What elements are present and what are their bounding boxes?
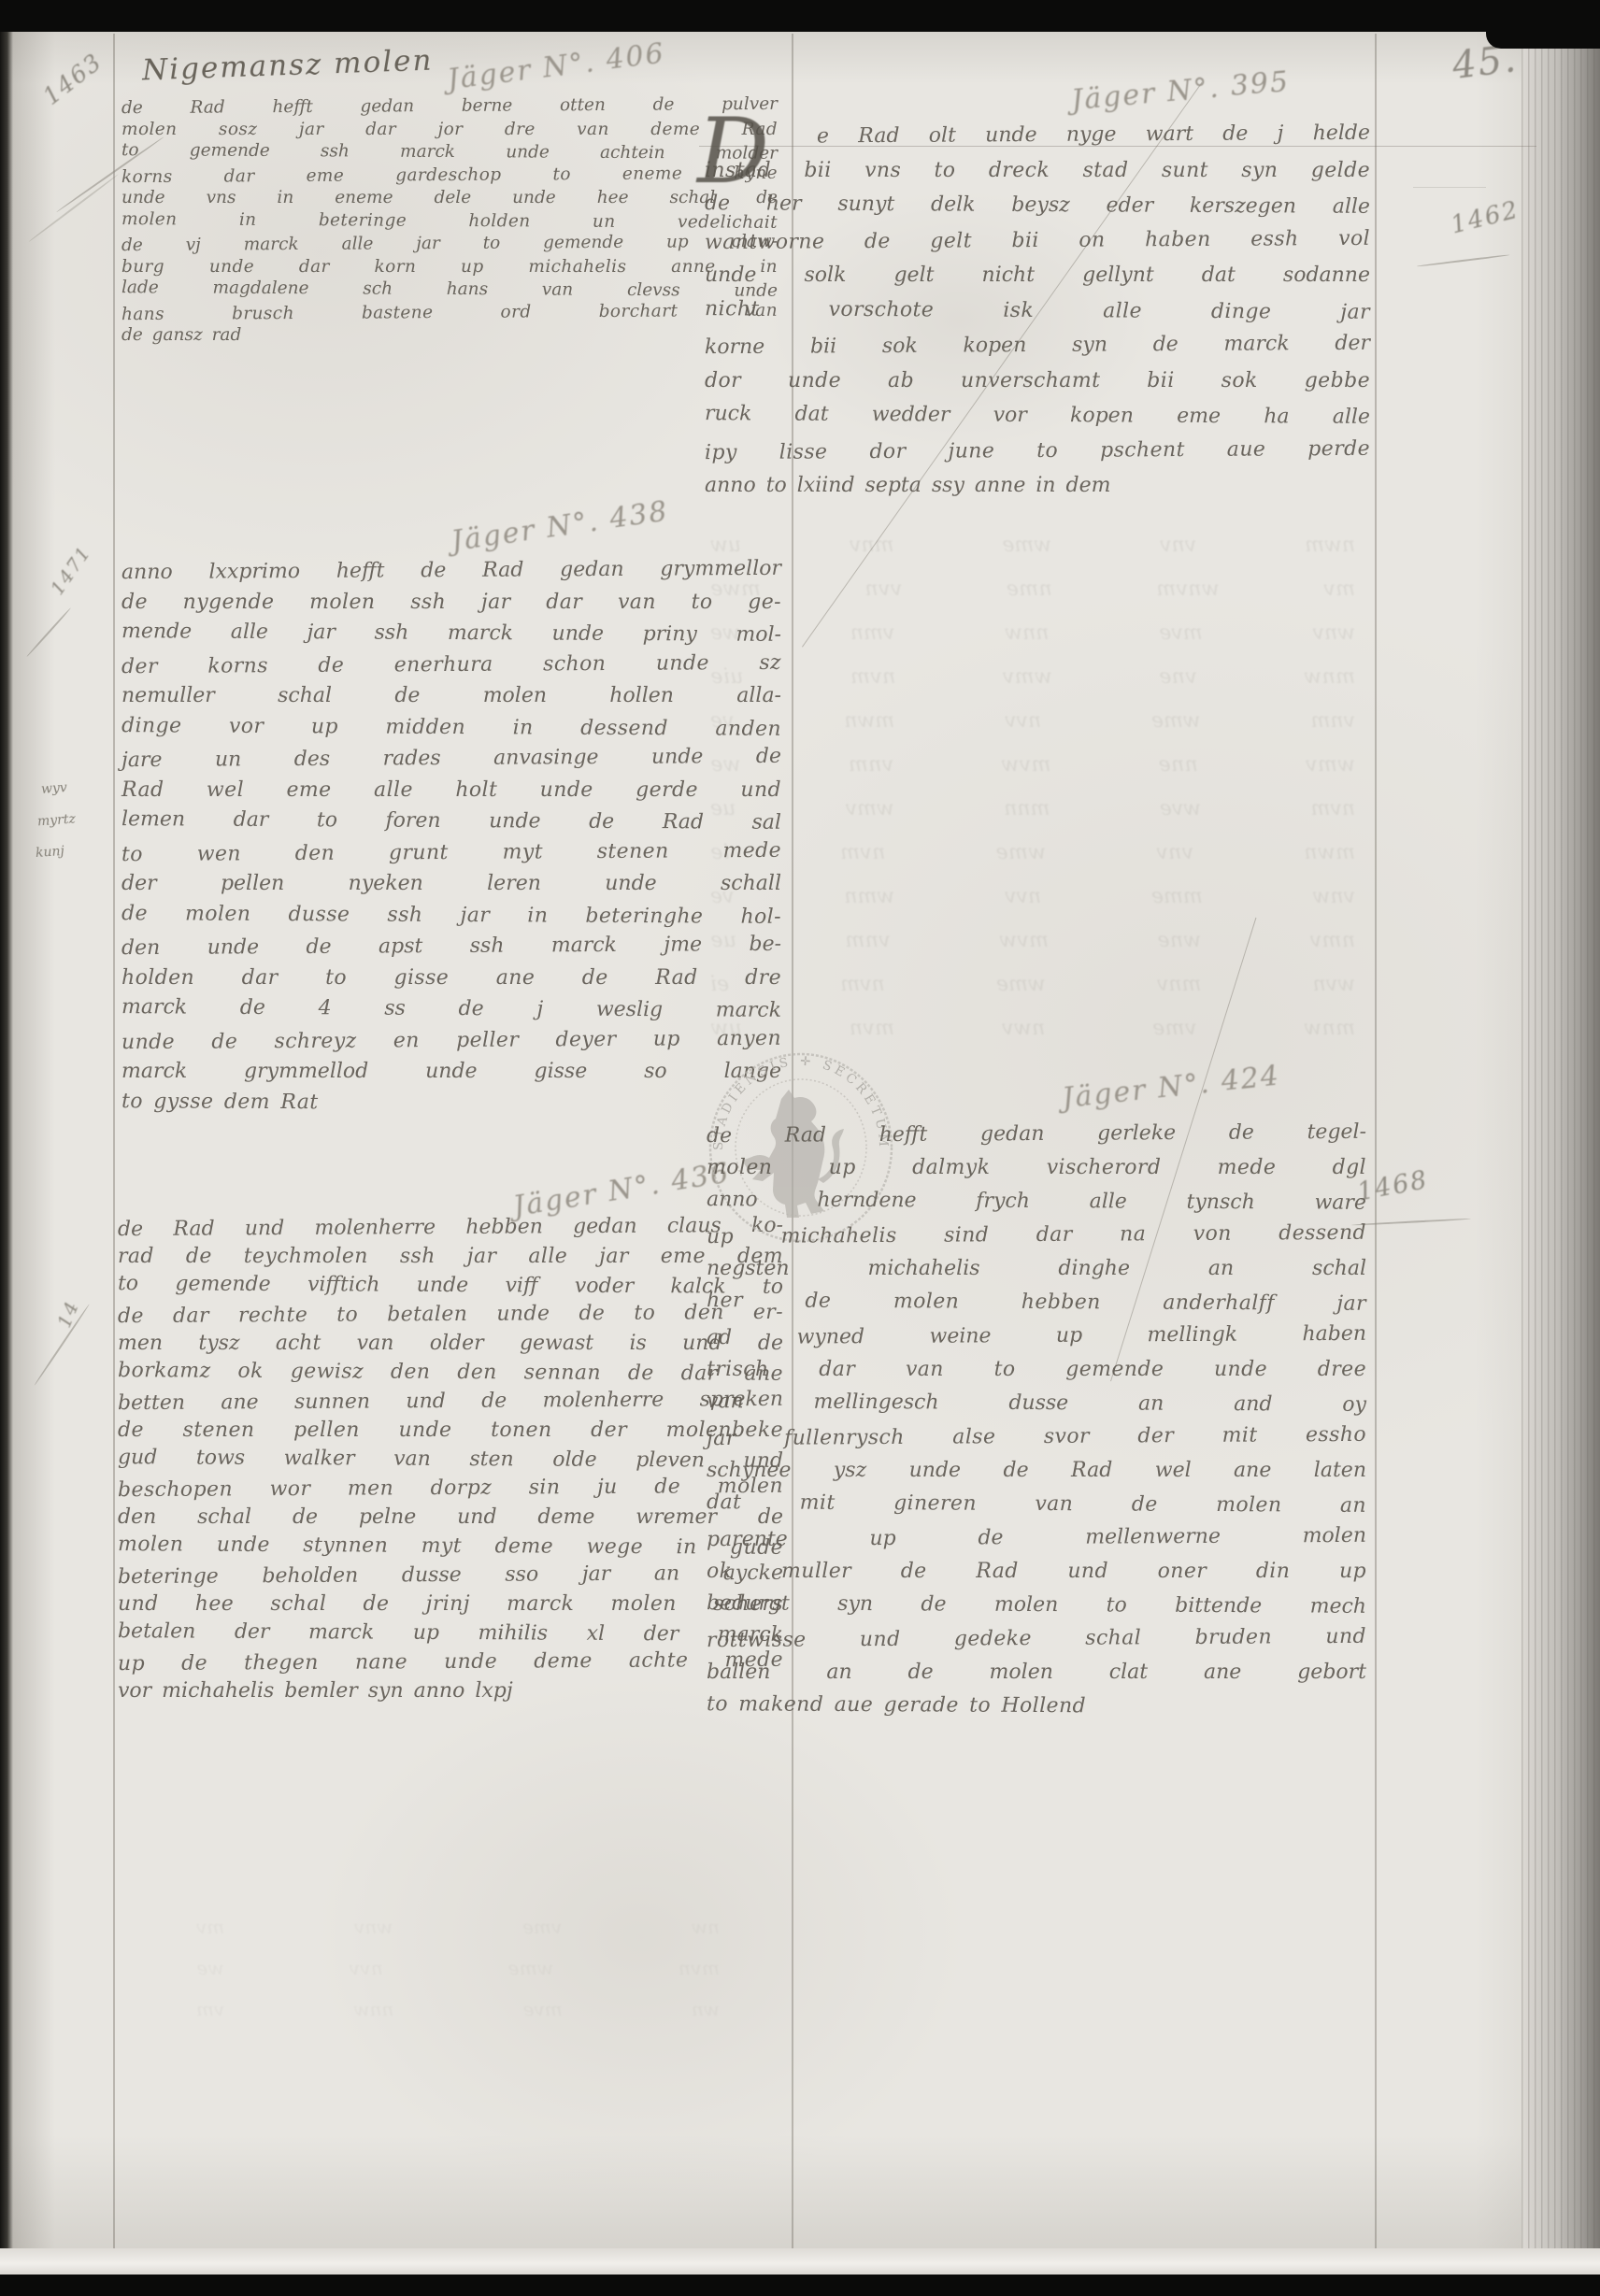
manuscript-line: molen unde stynnen myt deme wege in gude: [118, 1530, 783, 1562]
entry-text-block: de Rad hefft gedan berne otten de pulver…: [121, 95, 778, 348]
page-bottom-edge: [0, 2248, 1600, 2276]
manuscript-line: lade magdalene sch hans van clevss unde: [121, 277, 778, 303]
manuscript-line: rad de teychmolen ssh jar alle jar eme d…: [118, 1242, 783, 1271]
manuscript-line: ad wyned weine up mellingk haben: [707, 1318, 1366, 1355]
scan-border-left: [0, 0, 13, 2296]
manuscript-line: vnw mme nvv wmn ve: [710, 875, 1355, 919]
manuscript-line: und hee schal de jrinj marck molen scher…: [118, 1590, 783, 1619]
manuscript-line: de dar rechte to betalen unde de to den …: [118, 1298, 783, 1331]
manuscript-line: de vj marck alle jar to gemende up claw-: [121, 231, 778, 258]
manuscript-line: to gemende ssh marck unde achtein molder: [121, 139, 778, 165]
manuscript-line: up de thegen nane unde deme achte mede: [118, 1646, 783, 1678]
manuscript-line: jare un des rades anvasinge unde de: [121, 741, 781, 777]
manuscript-line: lemen dar to foren unde de Rad sal: [121, 804, 781, 838]
folio-underline: [1413, 187, 1486, 188]
manuscript-line: rottwisse und gedeke schal bruden und: [707, 1620, 1366, 1658]
manuscript-line: gud tows walker van sten olde pleven und: [118, 1443, 783, 1476]
manuscript-line: mnw vne wmv nvm uie: [710, 655, 1355, 699]
manuscript-line: her de molen hebben anderhalff jar: [707, 1284, 1366, 1321]
manuscript-line: mv wnvm nme vvn mwe: [710, 567, 1355, 611]
manuscript-line: ok muller de Rad und oner din up: [707, 1555, 1366, 1589]
manuscript-line: wmv nne mvw vnm we: [710, 743, 1355, 787]
manuscript-line: dinge vor up midden in dessend anden: [121, 710, 781, 745]
scan-border-bottom: [0, 2275, 1600, 2296]
margin-note-line: kunj: [35, 844, 64, 861]
manuscript-line: borkamz ok gewisz den den sennan de dar …: [118, 1356, 783, 1389]
manuscript-line: dor unde ab unverschamt bii sok gebbe: [705, 364, 1370, 399]
entry-text-block: anno lxxprimo hefft de Rad gedan grymmel…: [121, 555, 781, 1119]
manuscript-line: beteringe beholden dusse sso jar an ayck…: [118, 1559, 783, 1591]
decorated-initial: D: [697, 99, 769, 204]
manuscript-line: wn mve nnw vm: [196, 1989, 720, 2030]
manuscript-line: nw vme wnv mv: [196, 1906, 720, 1947]
manuscript-line: betten ane sunnen und de molenherre spre…: [118, 1385, 783, 1418]
manuscript-line: marck de 4 ss de j weslig marck: [121, 991, 781, 1026]
manuscript-line: mende alle jar ssh marck unde priny mol-: [121, 616, 781, 650]
manuscript-line: van mellingesch dusse an and oy: [707, 1385, 1366, 1422]
entry-text-block: de Rad hefft gedan gerleke de tegel-mole…: [707, 1118, 1366, 1723]
manuscript-line: anno to lxiind septa ssy anne in dem: [705, 468, 1370, 504]
manuscript-line: den unde de apst ssh marck jme be-: [121, 929, 781, 964]
manuscript-line: nwm vnv wme mnv uw: [710, 523, 1355, 567]
manuscript-line: korne bii sok kopen syn de marck der: [705, 326, 1370, 365]
manuscript-line: nvm wve mnn wmv ue: [710, 787, 1355, 831]
manuscript-line: negsten michahelis dinghe an schal: [707, 1252, 1366, 1286]
manuscript-line: molen sosz jar dar jor dre van deme Rad: [121, 119, 778, 142]
bleedthrough-text: nwm vnv wme mnv uwmv wnvm nme vvn mwewnv…: [710, 523, 1355, 1050]
manuscript-line: to wen den grunt myt stenen mede: [121, 834, 781, 870]
manuscript-scan: nwm vnv wme mnv uwmv wnvm nme vvn mwewnv…: [0, 0, 1600, 2296]
bleedthrough-text: nw vme wnv mvmvn wme nvv wewn mve nnw vm: [196, 1906, 720, 2030]
manuscript-line: mvn wme nvv we: [196, 1947, 720, 1989]
manuscript-line: de gansz rad: [121, 324, 778, 348]
manuscript-line: wantworne de gelt bii on haben essh vol: [705, 221, 1370, 260]
entry-text-block: e Rad olt unde nyge wart de j heldeinsta…: [705, 118, 1370, 504]
manuscript-line: korns dar eme gardeschop to eneme hyne: [121, 162, 778, 189]
manuscript-line: vor michahelis bemler syn anno lxpj: [118, 1676, 783, 1705]
manuscript-line: anno herndene frych alle tynsch ware: [707, 1183, 1366, 1220]
manuscript-line: der korns de enerhura schon unde sz: [121, 647, 781, 682]
manuscript-line: molen up dalmyk vischerord mede dgl: [707, 1151, 1366, 1185]
manuscript-line: ipy lisse dor june to pschent aue perde: [705, 431, 1370, 470]
manuscript-line: ruck dat wedder vor kopen eme ha alle: [705, 396, 1370, 435]
manuscript-line: bedurgt syn de molen to bittende mech: [707, 1587, 1366, 1624]
manuscript-line: vnm wme nvv mwn ve: [710, 699, 1355, 743]
column-rule-left: [113, 34, 115, 2269]
manuscript-line: mwn vnv wme nvm ie: [710, 831, 1355, 875]
entry-text-block: de Rad und molenherre hebben gedan claus…: [118, 1213, 783, 1705]
manuscript-line: der pellen nyeken leren unde schall: [121, 868, 781, 900]
manuscript-line: mnw vme nwv mvn uw: [710, 1006, 1355, 1050]
manuscript-line: nmv wne mvw vnm ue: [710, 919, 1355, 963]
manuscript-line: trisch dar van to gemende unde dree: [707, 1353, 1366, 1387]
manuscript-line: de nygende molen ssh jar dar van to ge-: [121, 587, 781, 619]
manuscript-line: anno lxxprimo hefft de Rad gedan grymmel…: [121, 553, 781, 589]
manuscript-line: marck grymmellod unde gisse so lange: [121, 1056, 781, 1088]
manuscript-line: de Rad und molenherre hebben gedan claus…: [118, 1211, 783, 1244]
manuscript-line: nicht vorschote isk alle dinge jar: [705, 292, 1370, 330]
manuscript-line: hans brusch bastene ord borchart van: [121, 299, 778, 326]
manuscript-line: to gemende vifftich unde viff voder kalc…: [118, 1269, 783, 1302]
manuscript-line: holden dar to gisse ane de Rad dre: [121, 963, 781, 994]
manuscript-line: de Rad hefft gedan gerleke de tegel-: [707, 1116, 1366, 1153]
page-edge-stack: [1521, 32, 1600, 2278]
manuscript-line: de molen dusse ssh jar in beteringhe hol…: [121, 898, 781, 933]
margin-note-line: wyv: [40, 780, 67, 797]
manuscript-line: e Rad olt unde nyge wart de j helde: [705, 116, 1370, 155]
manuscript-line: de stenen pellen unde tonen der molenbek…: [118, 1416, 783, 1445]
column-rule-right: [1375, 34, 1377, 2269]
manuscript-line: instad bii vns to dreck stad sunt syn ge…: [705, 153, 1370, 189]
manuscript-line: nemuller schal de molen hollen alla-: [121, 680, 781, 712]
manuscript-line: betalen der marck up mihilis xl der marc…: [118, 1617, 783, 1649]
manuscript-line: parente up de mellenwerne molen: [707, 1519, 1366, 1557]
manuscript-line: jar fullenrysch alse svor der mit essho: [707, 1419, 1366, 1456]
manuscript-line: den schal de pelne und deme wremer de: [118, 1503, 783, 1532]
manuscript-line: up michahelis sind dar na von dessend: [707, 1217, 1366, 1254]
manuscript-line: wnv mve nnw vmn we: [710, 611, 1355, 655]
manuscript-line: burg unde dar korn up michahelis anne in: [121, 256, 778, 279]
manuscript-line: schynee ysz unde de Rad wel ane laten: [707, 1454, 1366, 1488]
manuscript-line: to gysse dem Rat: [121, 1086, 781, 1120]
manuscript-line: wvn mnv wme nvm ei: [710, 963, 1355, 1006]
manuscript-line: unde vns in eneme dele unde hee schal de: [121, 187, 778, 210]
manuscript-line: to makend aue gerade to Hollend: [707, 1688, 1366, 1725]
manuscript-line: dat mit gineren van de molen an: [707, 1486, 1366, 1523]
scan-border-top: [0, 0, 1600, 32]
manuscript-line: Rad wel eme alle holt unde gerde und: [121, 775, 781, 806]
manuscript-line: de Rad hefft gedan berne otten de pulver: [121, 93, 778, 121]
scan-border-corner: [1486, 0, 1600, 49]
manuscript-line: men tysz acht van older gewast is und de: [118, 1329, 783, 1358]
manuscript-line: de her sunyt delk beysz eder kerszegen a…: [705, 186, 1370, 224]
manuscript-line: ballen an de molen clat ane gebort: [707, 1656, 1366, 1690]
manuscript-line: unde solk gelt nicht gellynt dat sodanne: [705, 258, 1370, 293]
manuscript-line: beschopen wor men dorpz sin ju de molen: [118, 1472, 783, 1505]
manuscript-line: unde de schreyz en peller deyer up anyen: [121, 1022, 781, 1058]
margin-note-line: myrtz: [36, 812, 76, 830]
